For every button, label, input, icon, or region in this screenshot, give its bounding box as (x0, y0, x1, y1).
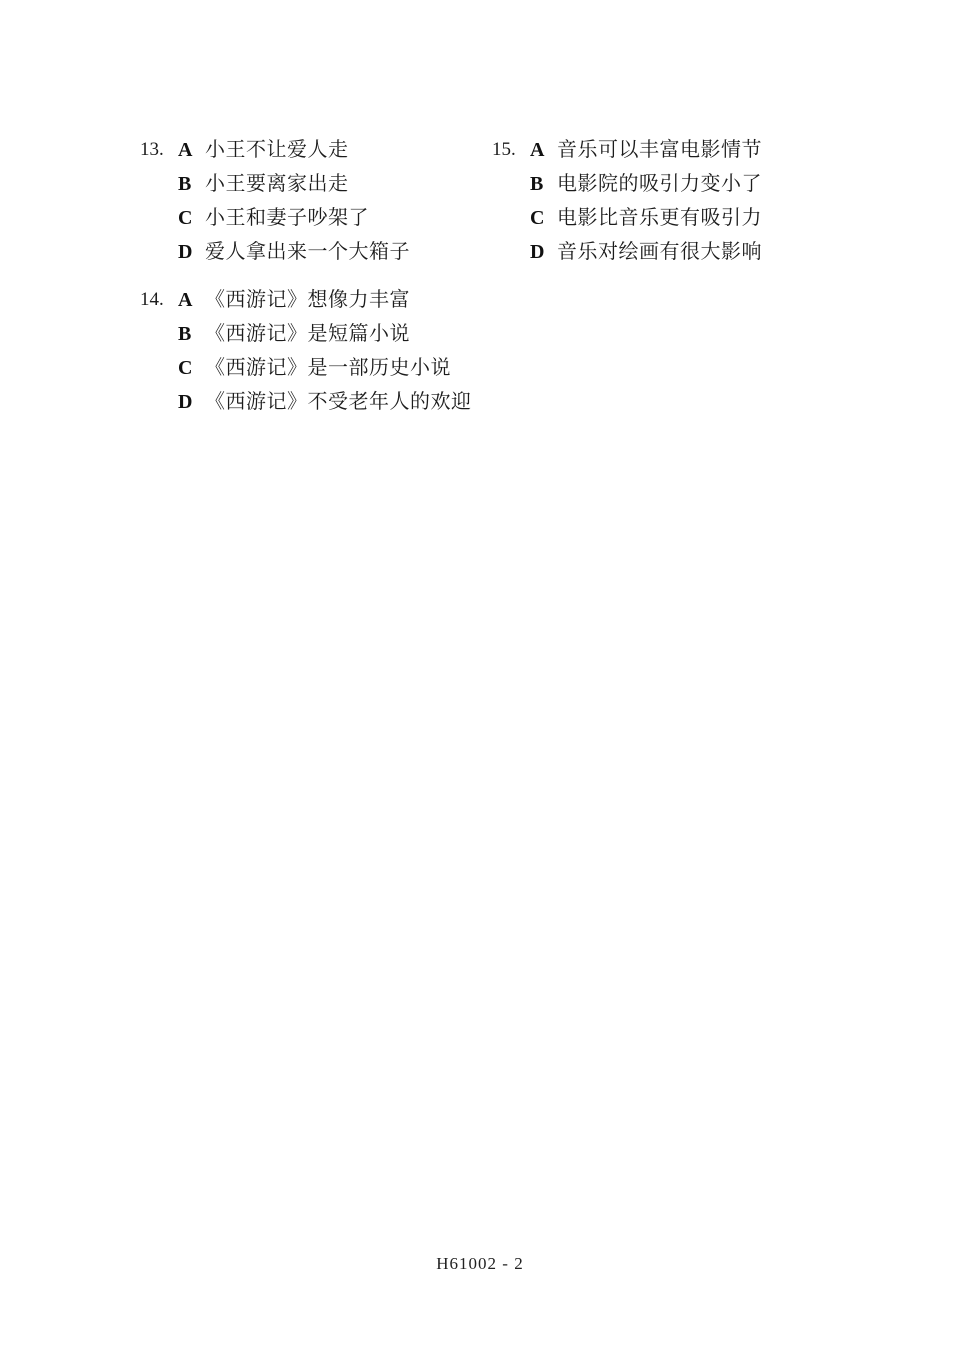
option-letter: A (178, 283, 205, 317)
option-text: 《西游记》是一部历史小说 (205, 351, 472, 385)
question-14-option-d-row: D 《西游记》不受老年人的欢迎 (140, 385, 472, 419)
question-13-number: 13. (140, 133, 178, 167)
question-13-option-c-row: C 小王和妻子吵架了 (140, 201, 410, 235)
question-13-option-a-row: 13. A 小王不让爱人走 (140, 133, 410, 167)
option-text: 小王和妻子吵架了 (205, 201, 410, 235)
question-15-option-a-row: 15. A 音乐可以丰富电影情节 (492, 133, 762, 167)
question-15-option-c-row: C 电影比音乐更有吸引力 (492, 201, 762, 235)
option-letter: C (178, 351, 205, 385)
option-text: 《西游记》是短篇小说 (205, 317, 472, 351)
question-15-option-d-row: D 音乐对绘画有很大影响 (492, 235, 762, 269)
option-letter: A (530, 133, 557, 167)
option-letter: B (530, 167, 557, 201)
option-text: 电影比音乐更有吸引力 (557, 201, 762, 235)
option-letter: B (178, 167, 205, 201)
option-text: 音乐可以丰富电影情节 (557, 133, 762, 167)
option-text: 音乐对绘画有很大影响 (557, 235, 762, 269)
question-13: 13. A 小王不让爱人走 B 小王要离家出走 C 小王和妻子吵架了 D 爱人拿… (140, 133, 410, 269)
page-footer: H61002 - 2 (0, 1254, 960, 1274)
option-letter: C (530, 201, 557, 235)
option-text: 《西游记》想像力丰富 (205, 283, 472, 317)
question-15-number: 15. (492, 133, 530, 167)
option-text: 《西游记》不受老年人的欢迎 (205, 385, 472, 419)
option-letter: A (178, 133, 205, 167)
option-letter: D (178, 385, 205, 419)
question-15-option-b-row: B 电影院的吸引力变小了 (492, 167, 762, 201)
option-text: 小王不让爱人走 (205, 133, 410, 167)
option-letter: B (178, 317, 205, 351)
option-letter: D (178, 235, 205, 269)
option-text: 电影院的吸引力变小了 (557, 167, 762, 201)
question-14-option-b-row: B 《西游记》是短篇小说 (140, 317, 472, 351)
question-14-number: 14. (140, 283, 178, 317)
question-14-option-c-row: C 《西游记》是一部历史小说 (140, 351, 472, 385)
exam-page: 13. A 小王不让爱人走 B 小王要离家出走 C 小王和妻子吵架了 D 爱人拿… (0, 0, 960, 1358)
option-text: 爱人拿出来一个大箱子 (205, 235, 410, 269)
question-14: 14. A 《西游记》想像力丰富 B 《西游记》是短篇小说 C 《西游记》是一部… (140, 283, 472, 419)
option-letter: D (530, 235, 557, 269)
question-14-option-a-row: 14. A 《西游记》想像力丰富 (140, 283, 472, 317)
option-text: 小王要离家出走 (205, 167, 410, 201)
question-13-option-b-row: B 小王要离家出走 (140, 167, 410, 201)
question-15: 15. A 音乐可以丰富电影情节 B 电影院的吸引力变小了 C 电影比音乐更有吸… (492, 133, 762, 269)
option-letter: C (178, 201, 205, 235)
question-13-option-d-row: D 爱人拿出来一个大箱子 (140, 235, 410, 269)
